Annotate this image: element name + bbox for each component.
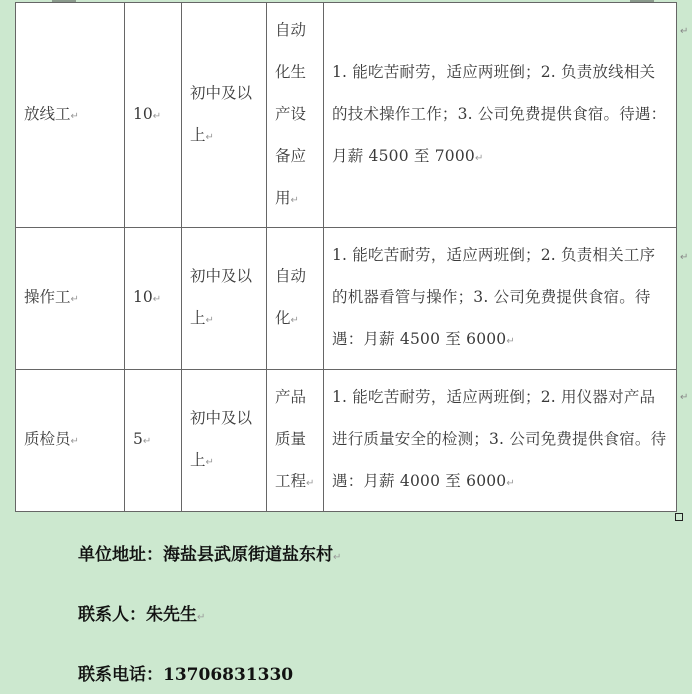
education-cell[interactable]: 初中及以上↵	[182, 3, 267, 228]
count-cell[interactable]: 5↵	[125, 370, 182, 512]
position-cell[interactable]: 质检员↵	[16, 370, 125, 512]
paragraph-mark: ↵	[153, 111, 161, 122]
paragraph-mark: ↵	[153, 294, 161, 305]
category-cell[interactable]: 自动化↵	[267, 228, 324, 370]
paragraph-mark: ↵	[306, 478, 314, 489]
paragraph-mark: ↵	[291, 195, 299, 206]
category-cell[interactable]: 产品质量工程↵	[267, 370, 324, 512]
position-cell[interactable]: 放线工↵	[16, 3, 125, 228]
category-cell[interactable]: 自动化生产设备应用↵	[267, 3, 324, 228]
description-cell[interactable]: 1. 能吃苦耐劳，适应两班倒；2. 用仪器对产品进行质量安全的检测；3. 公司免…	[324, 370, 677, 512]
paragraph-mark: ↵	[291, 315, 299, 326]
paragraph-mark: ↵	[206, 457, 214, 468]
count-cell[interactable]: 10↵	[125, 228, 182, 370]
paragraph-mark: ↵	[333, 552, 341, 563]
description-cell[interactable]: 1. 能吃苦耐劳，适应两班倒；2. 负责放线相关的技术操作工作；3. 公司免费提…	[324, 3, 677, 228]
table-row: 操作工↵ 10↵ 初中及以上↵ 自动化↵ 1. 能吃苦耐劳，适应两班倒；2. 负…	[16, 228, 677, 370]
paragraph-mark: ↵	[206, 315, 214, 326]
paragraph-mark: ↵	[197, 612, 205, 623]
paragraph-mark: ↵	[475, 153, 484, 164]
job-table: 放线工↵ 10↵ 初中及以上↵ 自动化生产设备应用↵ 1. 能吃苦耐劳，适应两班…	[15, 2, 677, 512]
paragraph-mark: ↵	[71, 436, 79, 447]
row-end-mark: ↵	[680, 252, 688, 263]
paragraph-mark: ↵	[506, 478, 515, 489]
row-end-mark: ↵	[680, 392, 688, 403]
paragraph-mark: ↵	[506, 336, 515, 347]
table-row: 质检员↵ 5↵ 初中及以上↵ 产品质量工程↵ 1. 能吃苦耐劳，适应两班倒；2.…	[16, 370, 677, 512]
paragraph-mark: ↵	[206, 132, 214, 143]
education-cell[interactable]: 初中及以上↵	[182, 228, 267, 370]
count-cell[interactable]: 10↵	[125, 3, 182, 228]
row-end-mark: ↵	[680, 26, 688, 37]
table-resize-handle[interactable]	[675, 513, 683, 521]
description-cell[interactable]: 1. 能吃苦耐劳，适应两班倒；2. 负责相关工序的机器看管与操作；3. 公司免费…	[324, 228, 677, 370]
company-address: 单位地址：海盐县武原街道盐东村↵	[78, 540, 341, 565]
paragraph-mark: ↵	[71, 111, 79, 122]
education-cell[interactable]: 初中及以上↵	[182, 370, 267, 512]
paragraph-mark: ↵	[143, 436, 151, 447]
contact-phone: 联系电话：13706831330	[78, 660, 293, 685]
position-cell[interactable]: 操作工↵	[16, 228, 125, 370]
contact-person: 联系人：朱先生↵	[78, 600, 205, 625]
table-row: 放线工↵ 10↵ 初中及以上↵ 自动化生产设备应用↵ 1. 能吃苦耐劳，适应两班…	[16, 3, 677, 228]
paragraph-mark: ↵	[71, 294, 79, 305]
